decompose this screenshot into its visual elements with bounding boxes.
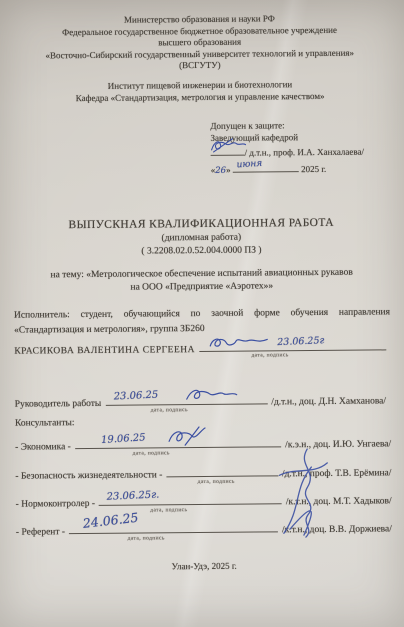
- month-line: июня: [233, 162, 299, 173]
- consultant-label: - Референт -: [16, 526, 65, 538]
- close-quote: »: [226, 164, 231, 174]
- supervisor-hand-date: 23.06.25: [113, 390, 158, 404]
- title-block: ВЫПУСКНАЯ КВАЛИФИКАЦИОННАЯ РАБОТА (дипло…: [0, 215, 404, 260]
- consultant-label: - Безопасность жизнедеятельности -: [15, 469, 162, 482]
- economics-signature: [165, 425, 211, 449]
- head-signature-line: [211, 146, 245, 156]
- executor-hand-date: 23.06.25г: [277, 335, 325, 349]
- supervisor-label: Руководитель работы: [15, 398, 102, 411]
- theme-block: на тему: «Метрологическое обеспечение ис…: [10, 266, 394, 295]
- consultant-signature-line: 23.06.25г. дата, подпись: [99, 493, 282, 506]
- approval-hand-day: 26: [215, 165, 226, 175]
- supervisor-signature: [183, 385, 239, 405]
- institute-block: Институт пищевой инженерии и биотехнолог…: [0, 78, 402, 105]
- document-photo: Министерство образования и науки РФ Феде…: [0, 0, 404, 627]
- ministry-header: Министерство образования и науки РФ Феде…: [0, 12, 402, 73]
- consultants-label: Консультанты:: [15, 417, 75, 431]
- supervisor-signature-line: 23.06.25 дата, подпись: [105, 393, 267, 405]
- date-sign-caption: дата, подпись: [251, 352, 288, 358]
- approval-year: 2025 г.: [301, 163, 326, 173]
- supervisor-block: Руководитель работы 23.06.25 дата, подпи…: [15, 392, 391, 410]
- date-sign-caption: дата, подпись: [150, 507, 187, 513]
- executor-block: Исполнитель: студент, обучающийся по зао…: [14, 305, 390, 357]
- approval-date-line: «26» июня 2025 г.: [211, 161, 395, 177]
- consultant-hand-date: 24.06.25: [82, 512, 139, 530]
- work-code: ( 3.2208.02.0.52.004.0000 ПЗ ): [0, 243, 404, 260]
- consultant-label: - Нормоконтролер -: [16, 498, 95, 511]
- head-credential: / д.т.н., проф. И.А. Ханхалаева/: [245, 147, 365, 158]
- executor-line2: «Стандартизация и метрология», группа ЗБ…: [14, 320, 390, 338]
- executor-name: КРАСИКОВА ВАЛЕНТИНА СЕРГЕЕНА: [14, 344, 195, 358]
- city-year-footer: Улан-Удэ, 2025 г.: [2, 559, 404, 574]
- consultant-label: - Экономика -: [15, 441, 71, 453]
- date-sign-caption: дата, подпись: [128, 535, 165, 541]
- executor-signature: [207, 333, 269, 352]
- supervisor-credential: /д.т.н., доц. Д.Н. Хамханова/: [271, 395, 386, 408]
- approval-block: Допущен к защите: Заведующий кафедрой / …: [210, 119, 394, 177]
- head-signature: [208, 137, 248, 155]
- department-name: Кафедра «Стандартизация, метрология и уп…: [0, 90, 402, 105]
- consultant-hand-date: 19.06.25: [100, 432, 145, 447]
- date-sign-caption: дата, подпись: [133, 450, 170, 456]
- date-sign-caption: дата, подпись: [198, 478, 235, 484]
- consultant-signature-line: 19.06.25 дата, подпись: [75, 436, 281, 449]
- consultant-hand-date: 23.06.25г.: [107, 489, 160, 503]
- executor-signature-line: 23.06.25г дата, подпись: [199, 338, 386, 352]
- date-sign-caption: дата, подпись: [151, 407, 188, 413]
- consultant-signature-line: 24.06.25 дата, подпись: [69, 521, 278, 534]
- approval-hand-month: июня: [236, 158, 262, 171]
- consultant-signature-line: дата, подпись: [166, 465, 278, 477]
- overlapping-flourish-signature: [269, 445, 342, 542]
